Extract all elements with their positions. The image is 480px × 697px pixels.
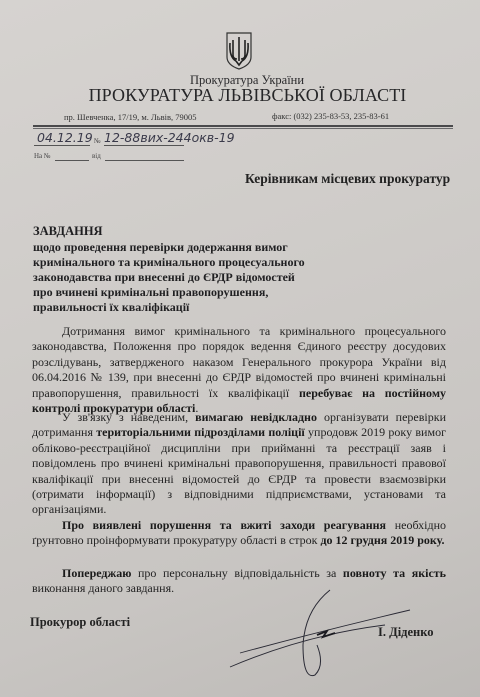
paragraph-1: Дотримання вимог кримінального та кримін… [32, 324, 446, 416]
recipient: Керівникам місцевих прокуратур [245, 171, 450, 187]
paragraph-3: Про виявлені порушення та вжиті заходи р… [32, 518, 446, 549]
org-name: ПРОКУРАТУРА ЛЬВІВСЬКОЇ ОБЛАСТІ [0, 85, 480, 106]
title-line: кримінального та кримінального процесуал… [33, 255, 305, 270]
title-line: про вчинені кримінальні правопорушення, [33, 285, 305, 300]
letterhead-divider [33, 125, 453, 127]
letterhead-divider-thin [33, 128, 453, 129]
paragraph-2: У зв'язку з наведеним, вимагаю невідклад… [32, 410, 446, 518]
reply-number-line [55, 160, 89, 161]
document-page: Прокуратура України ПРОКУРАТУРА ЛЬВІВСЬК… [0, 0, 480, 697]
signer-name: І. Діденко [378, 625, 434, 640]
reply-number-label: На № [34, 152, 51, 160]
title-line: щодо проведення перевірки додержання вим… [33, 240, 305, 255]
signer-position: Прокурор області [30, 615, 130, 630]
registration-number: 12-88вих-244окв-19 [104, 130, 235, 145]
title-heading: ЗАВДАННЯ [33, 224, 305, 239]
title-line: правильності їх кваліфікації [33, 300, 305, 315]
fax: факс: (032) 235-83-53, 235-83-61 [272, 111, 389, 121]
date-underline [34, 145, 90, 146]
number-underline [104, 145, 184, 146]
reply-from-line [105, 160, 184, 161]
reply-from-label: від [92, 152, 101, 160]
title-line: законодавства при внесенні до ЄРДР відом… [33, 270, 305, 285]
trident-coat-of-arms-icon [225, 31, 253, 71]
number-sign: № [94, 137, 101, 145]
address: пр. Шевченка, 17/19, м. Львів, 79005 [64, 112, 196, 122]
registration-date: 04.12.19 [37, 130, 93, 145]
document-title: ЗАВДАННЯ щодо проведення перевірки додер… [33, 224, 305, 315]
